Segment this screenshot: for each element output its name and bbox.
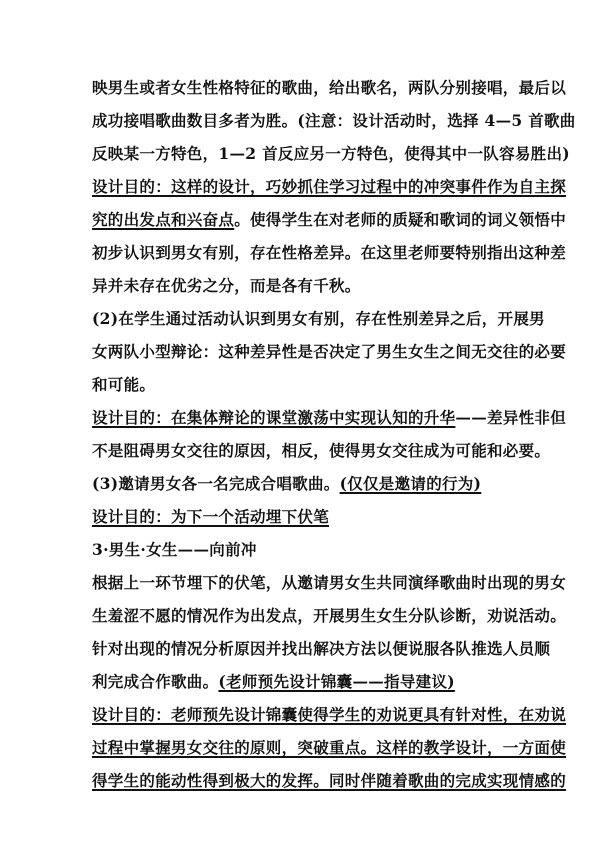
text-segment: 利完成合作歌曲。 [92,672,218,691]
text-segment: ——差异性非但 [455,408,566,427]
text-segment: 根据上一环节埋下的伏笔，从邀请男女生共同演绎歌曲时出现的男女 [92,573,566,592]
underlined-text: 设计目的：为下一个活动埋下伏笔 [92,507,329,526]
text-line: 异并未存在优劣之分，而是各有千秋。 [92,269,512,302]
text-segment: 针对出现的情况分析原因并找出解决方法以便说服各队推选人员顺 [92,639,550,658]
text-segment: 3·男生·女生——向前冲 [92,540,257,559]
document-page: 映男生或者女生性格特征的歌曲，给出歌名，两队分别接唱，最后以成功接唱歌曲数目多者… [92,71,512,797]
text-line: 女两队小型辩论：这种差异性是否决定了男生女生之间无交往的必要 [92,335,512,368]
text-line: 根据上一环节埋下的伏笔，从邀请男女生共同演绎歌曲时出现的男女 [92,566,512,599]
text-segment: (3)邀请男女各一名完成合唱歌曲。 [92,474,340,493]
underlined-text: 过程中掌握男女交往的原则，突破重点。这样的教学设计，一方面使 [92,738,566,757]
text-line: 成功接唱歌曲数目多者为胜。(注意：设计活动时，选择 4—5 首歌曲 [92,104,512,137]
text-segment: 反映某一方特色，1—2 首反应另一方特色，使得其中一队容易胜出) [92,144,570,163]
text-line: (2)在学生通过活动认识到男女有别，存在性别差异之后，开展男 [92,302,512,335]
text-segment: 初步认识到男女有别，存在性格差异。在这里老师要特别指出这种差 [92,243,566,262]
text-line: 针对出现的情况分析原因并找出解决方法以便说服各队推选人员顺 [92,632,512,665]
text-segment: 成功接唱歌曲数目多者为胜。(注意：设计活动时，选择 4—5 首歌曲 [92,111,576,130]
text-segment: 女两队小型辩论：这种差异性是否决定了男生女生之间无交往的必要 [92,342,566,361]
underlined-text: (仅仅是邀请的行为) [340,474,482,493]
text-segment: 不是阻碍男女交往的原因，相反，使得男女交往成为可能和必要。 [92,441,550,460]
text-line: 设计目的：为下一个活动埋下伏笔 [92,500,512,533]
paragraph-p6: 设计目的：为下一个活动埋下伏笔 [92,500,512,533]
text-line: 映男生或者女生性格特征的歌曲，给出歌名，两队分别接唱，最后以 [92,71,512,104]
underlined-text: 设计目的：老师预先设计锦囊使得学生的劝说更具有针对性，在劝说 [92,705,566,724]
paragraph-p9: 设计目的：老师预先设计锦囊使得学生的劝说更具有针对性，在劝说过程中掌握男女交往的… [92,698,512,797]
text-line: 和可能。 [92,368,512,401]
text-line: 反映某一方特色，1—2 首反应另一方特色，使得其中一队容易胜出) [92,137,512,170]
text-line: 设计目的：老师预先设计锦囊使得学生的劝说更具有针对性，在劝说 [92,698,512,731]
text-segment: 映男生或者女生性格特征的歌曲，给出歌名，两队分别接唱，最后以 [92,78,566,97]
text-segment: 和可能。 [92,375,155,394]
text-line: 得学生的能动性得到极大的发挥。同时伴随着歌曲的完成实现情感的 [92,764,512,797]
paragraph-p3: (2)在学生通过活动认识到男女有别，存在性别差异之后，开展男女两队小型辩论：这种… [92,302,512,401]
paragraph-p1: 映男生或者女生性格特征的歌曲，给出歌名，两队分别接唱，最后以成功接唱歌曲数目多者… [92,71,512,170]
text-line: 3·男生·女生——向前冲 [92,533,512,566]
underlined-text: 究的出发点和兴奋点 [92,210,234,229]
text-line: 初步认识到男女有别，存在性格差异。在这里老师要特别指出这种差 [92,236,512,269]
text-line: 究的出发点和兴奋点。使得学生在对老师的质疑和歌词的词义领悟中 [92,203,512,236]
text-line: 设计目的：在集体辩论的课堂激荡中实现认知的升华——差异性非但 [92,401,512,434]
text-line: 不是阻碍男女交往的原因，相反，使得男女交往成为可能和必要。 [92,434,512,467]
underlined-text: 设计目的：这样的设计，巧妙抓住学习过程中的冲突事件作为自主探 [92,177,566,196]
text-segment: 。使得学生在对老师的质疑和歌词的词义领悟中 [234,210,566,229]
text-line: 生羞涩不愿的情况作为出发点，开展男生女生分队诊断，劝说活动。 [92,599,512,632]
underlined-text: 设计目的：在集体辩论的课堂激荡中实现认知的升华 [92,408,455,427]
paragraph-p8: 根据上一环节埋下的伏笔，从邀请男女生共同演绎歌曲时出现的男女生羞涩不愿的情况作为… [92,566,512,698]
paragraph-p4: 设计目的：在集体辩论的课堂激荡中实现认知的升华——差异性非但不是阻碍男女交往的原… [92,401,512,467]
paragraph-p7: 3·男生·女生——向前冲 [92,533,512,566]
text-line: 设计目的：这样的设计，巧妙抓住学习过程中的冲突事件作为自主探 [92,170,512,203]
text-line: 利完成合作歌曲。(老师预先设计锦囊——指导建议) [92,665,512,698]
text-line: 过程中掌握男女交往的原则，突破重点。这样的教学设计，一方面使 [92,731,512,764]
paragraph-p5: (3)邀请男女各一名完成合唱歌曲。(仅仅是邀请的行为) [92,467,512,500]
paragraph-p2: 设计目的：这样的设计，巧妙抓住学习过程中的冲突事件作为自主探究的出发点和兴奋点。… [92,170,512,302]
text-segment: 异并未存在优劣之分，而是各有千秋。 [92,276,361,295]
underlined-text: 得学生的能动性得到极大的发挥。同时伴随着歌曲的完成实现情感的 [92,771,566,790]
underlined-text: (老师预先设计锦囊——指导建议) [218,672,454,691]
text-line: (3)邀请男女各一名完成合唱歌曲。(仅仅是邀请的行为) [92,467,512,500]
text-segment: (2)在学生通过活动认识到男女有别，存在性别差异之后，开展男 [92,309,545,328]
text-segment: 生羞涩不愿的情况作为出发点，开展男生女生分队诊断，劝说活动。 [92,606,566,625]
